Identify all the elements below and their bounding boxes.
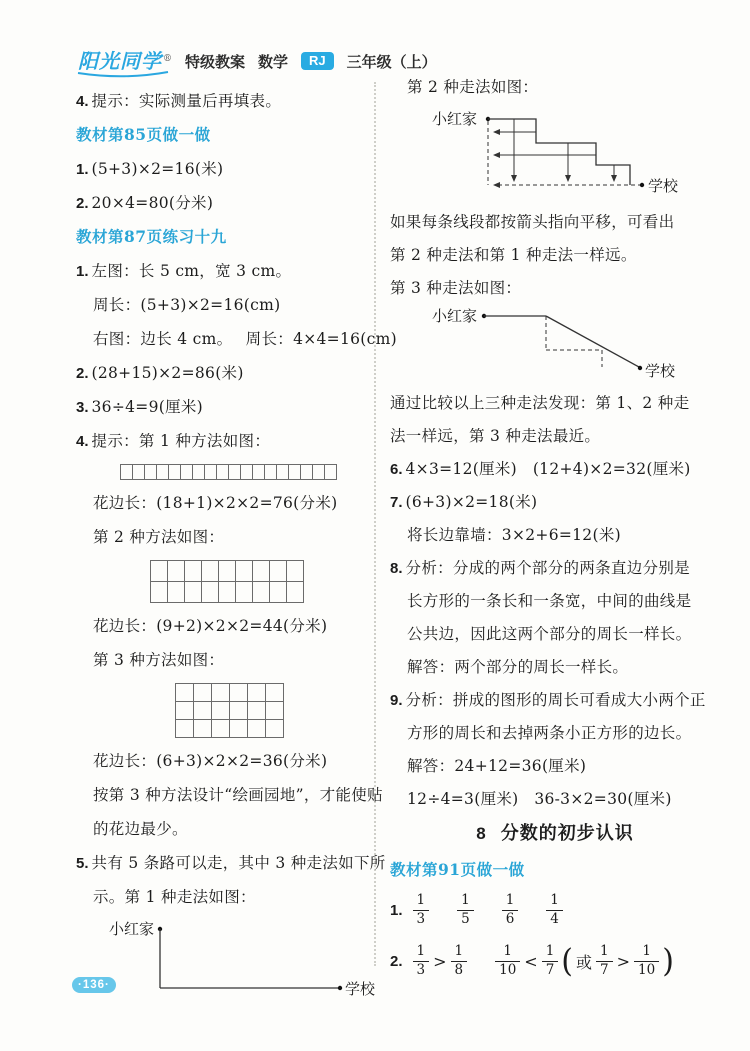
grid-cell: [313, 465, 325, 480]
fraction: 13: [413, 945, 430, 977]
method-1-grid: [120, 464, 337, 480]
route-2-diagram: 小红家 学校: [418, 105, 718, 201]
item-number: 4.: [76, 433, 89, 450]
item-text: 第 2 种走法如图：: [407, 78, 538, 96]
grid-cell: [270, 561, 287, 582]
grid-cell: [202, 561, 219, 582]
answer-line: 法一样远，第 3 种走法最近。: [390, 419, 720, 452]
denominator: 4: [546, 910, 563, 927]
fraction-answer-line: 2. 13>18110<17(或17>110): [390, 934, 720, 988]
numerator: 1: [542, 945, 559, 961]
page-header: 阳光同学® 特级教案 数学 RJ 三年级（上）: [78, 46, 437, 76]
answer-line: 通过比较以上三种走法发现：第 1、2 种走: [390, 386, 720, 419]
item-text: 提示：实际测量后再填表。: [92, 92, 282, 110]
grid-cell: [248, 720, 266, 738]
item-text: 第 3 种走法如图：: [390, 279, 521, 297]
header-series: 特级教案: [185, 51, 245, 72]
dashed-guides: [488, 121, 642, 185]
answer-line: 如果每条线段都按箭头指向平移，可看出: [390, 205, 720, 238]
item-text: 按第 3 种方法设计“绘画园地”，才能使贴: [93, 786, 383, 804]
numerator: 1: [596, 945, 613, 961]
home-label: 小红家: [109, 920, 154, 938]
answer-line: 解答：24+12=36(厘米): [390, 749, 720, 782]
answer-line: 解答：两个部分的周长一样长。: [390, 650, 720, 683]
big-paren: (: [561, 943, 573, 980]
route-3-diagram: 小红家 学校: [418, 306, 688, 382]
grid-cell: [194, 720, 212, 738]
grid-cell: [266, 720, 284, 738]
item-number: 2.: [76, 195, 89, 212]
route-path: [160, 929, 338, 988]
grid-cell: [169, 465, 181, 480]
item-text: 20×4=80(分米): [92, 194, 214, 212]
answer-line: 1.(5+3)×2=16(米): [76, 152, 368, 186]
item-text: 法一样远，第 3 种走法最近。: [390, 427, 600, 445]
denominator: 7: [596, 961, 613, 978]
grid-cell: [151, 561, 168, 582]
brand-logo: 阳光同学®: [78, 45, 172, 78]
grid-cell: [176, 702, 194, 720]
grid-cell: [230, 720, 248, 738]
fraction: 110: [634, 945, 659, 977]
grid-cell: [181, 465, 193, 480]
item-text: 右图：边长 4 cm。 周长：4×4=16(cm): [93, 330, 397, 348]
fraction: 14: [546, 894, 563, 926]
grid-cell: [176, 720, 194, 738]
staircase-path: [488, 119, 630, 185]
grid-cell: [219, 561, 236, 582]
item-text: 长方形的一条长和一条宽，中间的曲线是: [407, 592, 691, 610]
grid-cell: [325, 465, 337, 480]
fraction-sequence: 13151614: [411, 894, 565, 926]
item-number: 1.: [390, 902, 403, 919]
answer-line: 3.36÷4=9(厘米): [76, 390, 368, 424]
item-text: 如果每条线段都按箭头指向平移，可看出: [390, 213, 674, 231]
item-text: 解答：两个部分的周长一样长。: [407, 658, 628, 676]
denominator: 10: [634, 961, 659, 978]
answer-line: 12÷4=3(厘米) 36-3×2=30(厘米): [390, 782, 720, 815]
grid-cell: [151, 582, 168, 603]
grid-cell: [193, 465, 205, 480]
denominator: 6: [502, 910, 519, 927]
answer-line: 4.提示：实际测量后再填表。: [76, 84, 368, 118]
answer-line: 6.4×3=12(厘米) (12+4)×2=32(厘米): [390, 452, 720, 485]
item-text: 4×3=12(厘米) (12+4)×2=32(厘米): [406, 460, 691, 478]
answer-line: 5.共有 5 条路可以走，其中 3 种走法如下所: [76, 846, 368, 880]
item-number: 9.: [390, 692, 403, 709]
fraction: 17: [596, 945, 613, 977]
brand-logo-text: 阳光同学: [78, 51, 162, 73]
route-1-diagram: 小红家 学校: [107, 917, 379, 1003]
fraction: 18: [451, 945, 468, 977]
item-text: (28+15)×2=86(米): [92, 364, 244, 382]
answer-line: 示。第 1 种走法如图：: [76, 880, 368, 914]
grid-cell: [133, 465, 145, 480]
numerator: 1: [413, 894, 430, 910]
item-text: 12÷4=3(厘米) 36-3×2=30(厘米): [407, 790, 672, 808]
grid-cell: [194, 684, 212, 702]
answer-line: 2.20×4=80(分米): [76, 186, 368, 220]
big-paren: ): [662, 943, 674, 980]
item-text: 将长边靠墙：3×2+6=12(米): [407, 526, 621, 544]
item-text: 周长：(5+3)×2=16(cm): [93, 296, 280, 314]
edition-badge: RJ: [301, 52, 334, 70]
denominator: 5: [457, 910, 474, 927]
grid-cell: [287, 582, 304, 603]
answer-line: 9.分析：拼成的图形的周长可看成大小两个正: [390, 683, 720, 716]
answer-line: 的花边最少。: [76, 812, 368, 846]
method-3-grid: [175, 683, 284, 738]
item-number: 6.: [390, 461, 403, 478]
header-grade: 三年级（上）: [347, 51, 437, 72]
textbook-ref-heading: 教材第85页做一做: [76, 118, 368, 152]
item-text: 第 2 种方法如图：: [93, 528, 224, 546]
grid-cell: [253, 582, 270, 603]
answer-line: 公共边，因此这两个部分的周长一样长。: [390, 617, 720, 650]
numerator: 1: [546, 894, 563, 910]
grid-cell: [253, 465, 265, 480]
grid-cell: [236, 561, 253, 582]
grid-cell: [229, 465, 241, 480]
denominator: 10: [495, 961, 520, 978]
answer-line: 第 3 种方法如图：: [76, 643, 368, 677]
grid-cell: [248, 702, 266, 720]
numerator: 1: [502, 894, 519, 910]
answer-line: 长方形的一条长和一条宽，中间的曲线是: [390, 584, 720, 617]
grid-cell: [241, 465, 253, 480]
grid-cell: [217, 465, 229, 480]
item-text: 通过比较以上三种走法发现：第 1、2 种走: [390, 394, 689, 412]
fraction: 16: [502, 894, 519, 926]
answer-line: 周长：(5+3)×2=16(cm): [76, 288, 368, 322]
item-text: 36÷4=9(厘米): [92, 398, 204, 416]
route-path: [484, 316, 639, 367]
item-text: 花边长：(6+3)×2×2=36(分米): [93, 752, 327, 770]
answer-line: 4.提示：第 1 种方法如图：: [76, 424, 368, 458]
item-text: 左图：长 5 cm，宽 3 cm。: [92, 262, 292, 280]
method-2-grid: [150, 560, 304, 603]
grid-cell: [265, 465, 277, 480]
grid-cell: [266, 702, 284, 720]
numerator: 1: [413, 945, 430, 961]
grid-cell: [212, 720, 230, 738]
grid-cell: [253, 561, 270, 582]
header-subject: 数学: [258, 51, 288, 72]
fraction-comparison: 13>18110<17(或17>110): [411, 944, 675, 979]
fraction: 13: [413, 894, 430, 926]
answer-line: 按第 3 种方法设计“绘画园地”，才能使贴: [76, 778, 368, 812]
grid-cell: [176, 684, 194, 702]
section-heading: 8分数的初步认识: [390, 815, 720, 853]
answer-line: 2.(28+15)×2=86(米): [76, 356, 368, 390]
numerator: 1: [457, 894, 474, 910]
grid-cell: [219, 582, 236, 603]
item-text: (5+3)×2=16(米): [92, 160, 224, 178]
grid-cell: [185, 582, 202, 603]
answer-line: 方形的周长和去掉两条小正方形的边长。: [390, 716, 720, 749]
item-number: 8.: [390, 560, 403, 577]
item-text: 第 3 种方法如图：: [93, 651, 224, 669]
school-label: 学校: [345, 980, 376, 998]
answer-line: 8.分析：分成的两个部分的两条直边分别是: [390, 551, 720, 584]
answer-line: 7.(6+3)×2=18(米): [390, 485, 720, 518]
item-text: 公共边，因此这两个部分的周长一样长。: [407, 625, 691, 643]
answer-line: 第 2 种方法如图：: [76, 520, 368, 554]
answer-line: 第 3 种走法如图：: [390, 271, 720, 304]
comparison-operator: <: [524, 952, 537, 971]
denominator: 8: [451, 961, 468, 978]
textbook-ref-heading: 教材第87页练习十九: [76, 220, 368, 254]
answer-line: 花边长：(18+1)×2×2=76(分米): [76, 486, 368, 520]
item-text: 示。第 1 种走法如图：: [93, 888, 256, 906]
item-number: 7.: [390, 494, 403, 511]
grid-cell: [248, 684, 266, 702]
grid-cell: [194, 702, 212, 720]
grid-cell: [236, 582, 253, 603]
item-text: 分析：分成的两个部分的两条直边分别是: [406, 559, 690, 577]
item-number: 2.: [390, 953, 403, 970]
answer-line: 右图：边长 4 cm。 周长：4×4=16(cm): [76, 322, 368, 356]
right-column: 第 2 种走法如图： 小红家: [390, 70, 720, 988]
left-column: 4.提示：实际测量后再填表。 教材第85页做一做 1.(5+3)×2=16(米)…: [76, 84, 368, 1003]
workbook-page: 阳光同学® 特级教案 数学 RJ 三年级（上） 4.提示：实际测量后再填表。 教…: [0, 0, 750, 1051]
answer-line: 1.左图：长 5 cm，宽 3 cm。: [76, 254, 368, 288]
grid-cell: [287, 561, 304, 582]
answer-line: 花边长：(6+3)×2×2=36(分米): [76, 744, 368, 778]
grid-cell: [270, 582, 287, 603]
grid-cell: [168, 582, 185, 603]
school-dot: [640, 183, 644, 187]
numerator: 1: [638, 945, 655, 961]
answer-line: 第 2 种走法和第 1 种走法一样远。: [390, 238, 720, 271]
grid-cell: [185, 561, 202, 582]
fraction: 17: [542, 945, 559, 977]
item-number: 5.: [76, 855, 89, 872]
item-number: 3.: [76, 399, 89, 416]
grid-cell: [157, 465, 169, 480]
item-text: 花边长：(18+1)×2×2=76(分米): [93, 494, 337, 512]
column-divider: [374, 82, 376, 966]
grid-cell: [277, 465, 289, 480]
item-number: 1.: [76, 161, 89, 178]
denominator: 3: [413, 910, 430, 927]
home-label: 小红家: [432, 110, 477, 128]
item-text: 花边长：(9+2)×2×2=44(分米): [93, 617, 327, 635]
item-text: 提示：第 1 种方法如图：: [92, 432, 271, 450]
item-text: 共有 5 条路可以走，其中 3 种走法如下所: [92, 854, 386, 872]
fraction-answer-line: 1. 13151614: [390, 886, 720, 934]
grid-cell: [145, 465, 157, 480]
item-text: 分析：拼成的图形的周长可看成大小两个正: [406, 691, 706, 709]
page-number-badge: ·136·: [72, 977, 116, 993]
school-dot: [638, 366, 642, 370]
answer-line: 将长边靠墙：3×2+6=12(米): [390, 518, 720, 551]
answer-line: 第 2 种走法如图：: [390, 70, 720, 103]
section-title: 分数的初步认识: [501, 823, 634, 844]
comparison-operator: >: [617, 952, 630, 971]
logo-swoosh-icon: [76, 71, 172, 78]
trademark-symbol: ®: [163, 54, 172, 64]
comparison-operator: 或: [576, 950, 592, 973]
grid-cell: [230, 684, 248, 702]
item-text: 第 2 种走法和第 1 种走法一样远。: [390, 246, 637, 264]
item-text: (6+3)×2=18(米): [406, 493, 538, 511]
numerator: 1: [451, 945, 468, 961]
textbook-ref-heading: 教材第91页做一做: [390, 853, 720, 886]
grid-cell: [121, 465, 133, 480]
item-text: 的花边最少。: [93, 820, 188, 838]
numerator: 1: [499, 945, 516, 961]
denominator: 7: [542, 961, 559, 978]
grid-cell: [266, 684, 284, 702]
fraction: 110: [495, 945, 520, 977]
grid-cell: [202, 582, 219, 603]
home-label: 小红家: [432, 307, 477, 325]
school-label: 学校: [648, 177, 679, 195]
school-dot: [338, 986, 342, 990]
item-number: 4.: [76, 93, 89, 110]
grid-cell: [230, 702, 248, 720]
comparison-operator: >: [433, 952, 446, 971]
grid-cell: [212, 684, 230, 702]
item-text: 解答：24+12=36(厘米): [407, 757, 586, 775]
fraction: 15: [457, 894, 474, 926]
answer-line: 花边长：(9+2)×2×2=44(分米): [76, 609, 368, 643]
grid-cell: [212, 702, 230, 720]
item-number: 2.: [76, 365, 89, 382]
grid-cell: [301, 465, 313, 480]
section-number: 8: [476, 824, 486, 843]
item-text: 方形的周长和去掉两条小正方形的边长。: [407, 724, 691, 742]
grid-cell: [168, 561, 185, 582]
denominator: 3: [413, 961, 430, 978]
grid-cell: [289, 465, 301, 480]
grid-cell: [205, 465, 217, 480]
item-number: 1.: [76, 263, 89, 280]
school-label: 学校: [645, 362, 676, 380]
